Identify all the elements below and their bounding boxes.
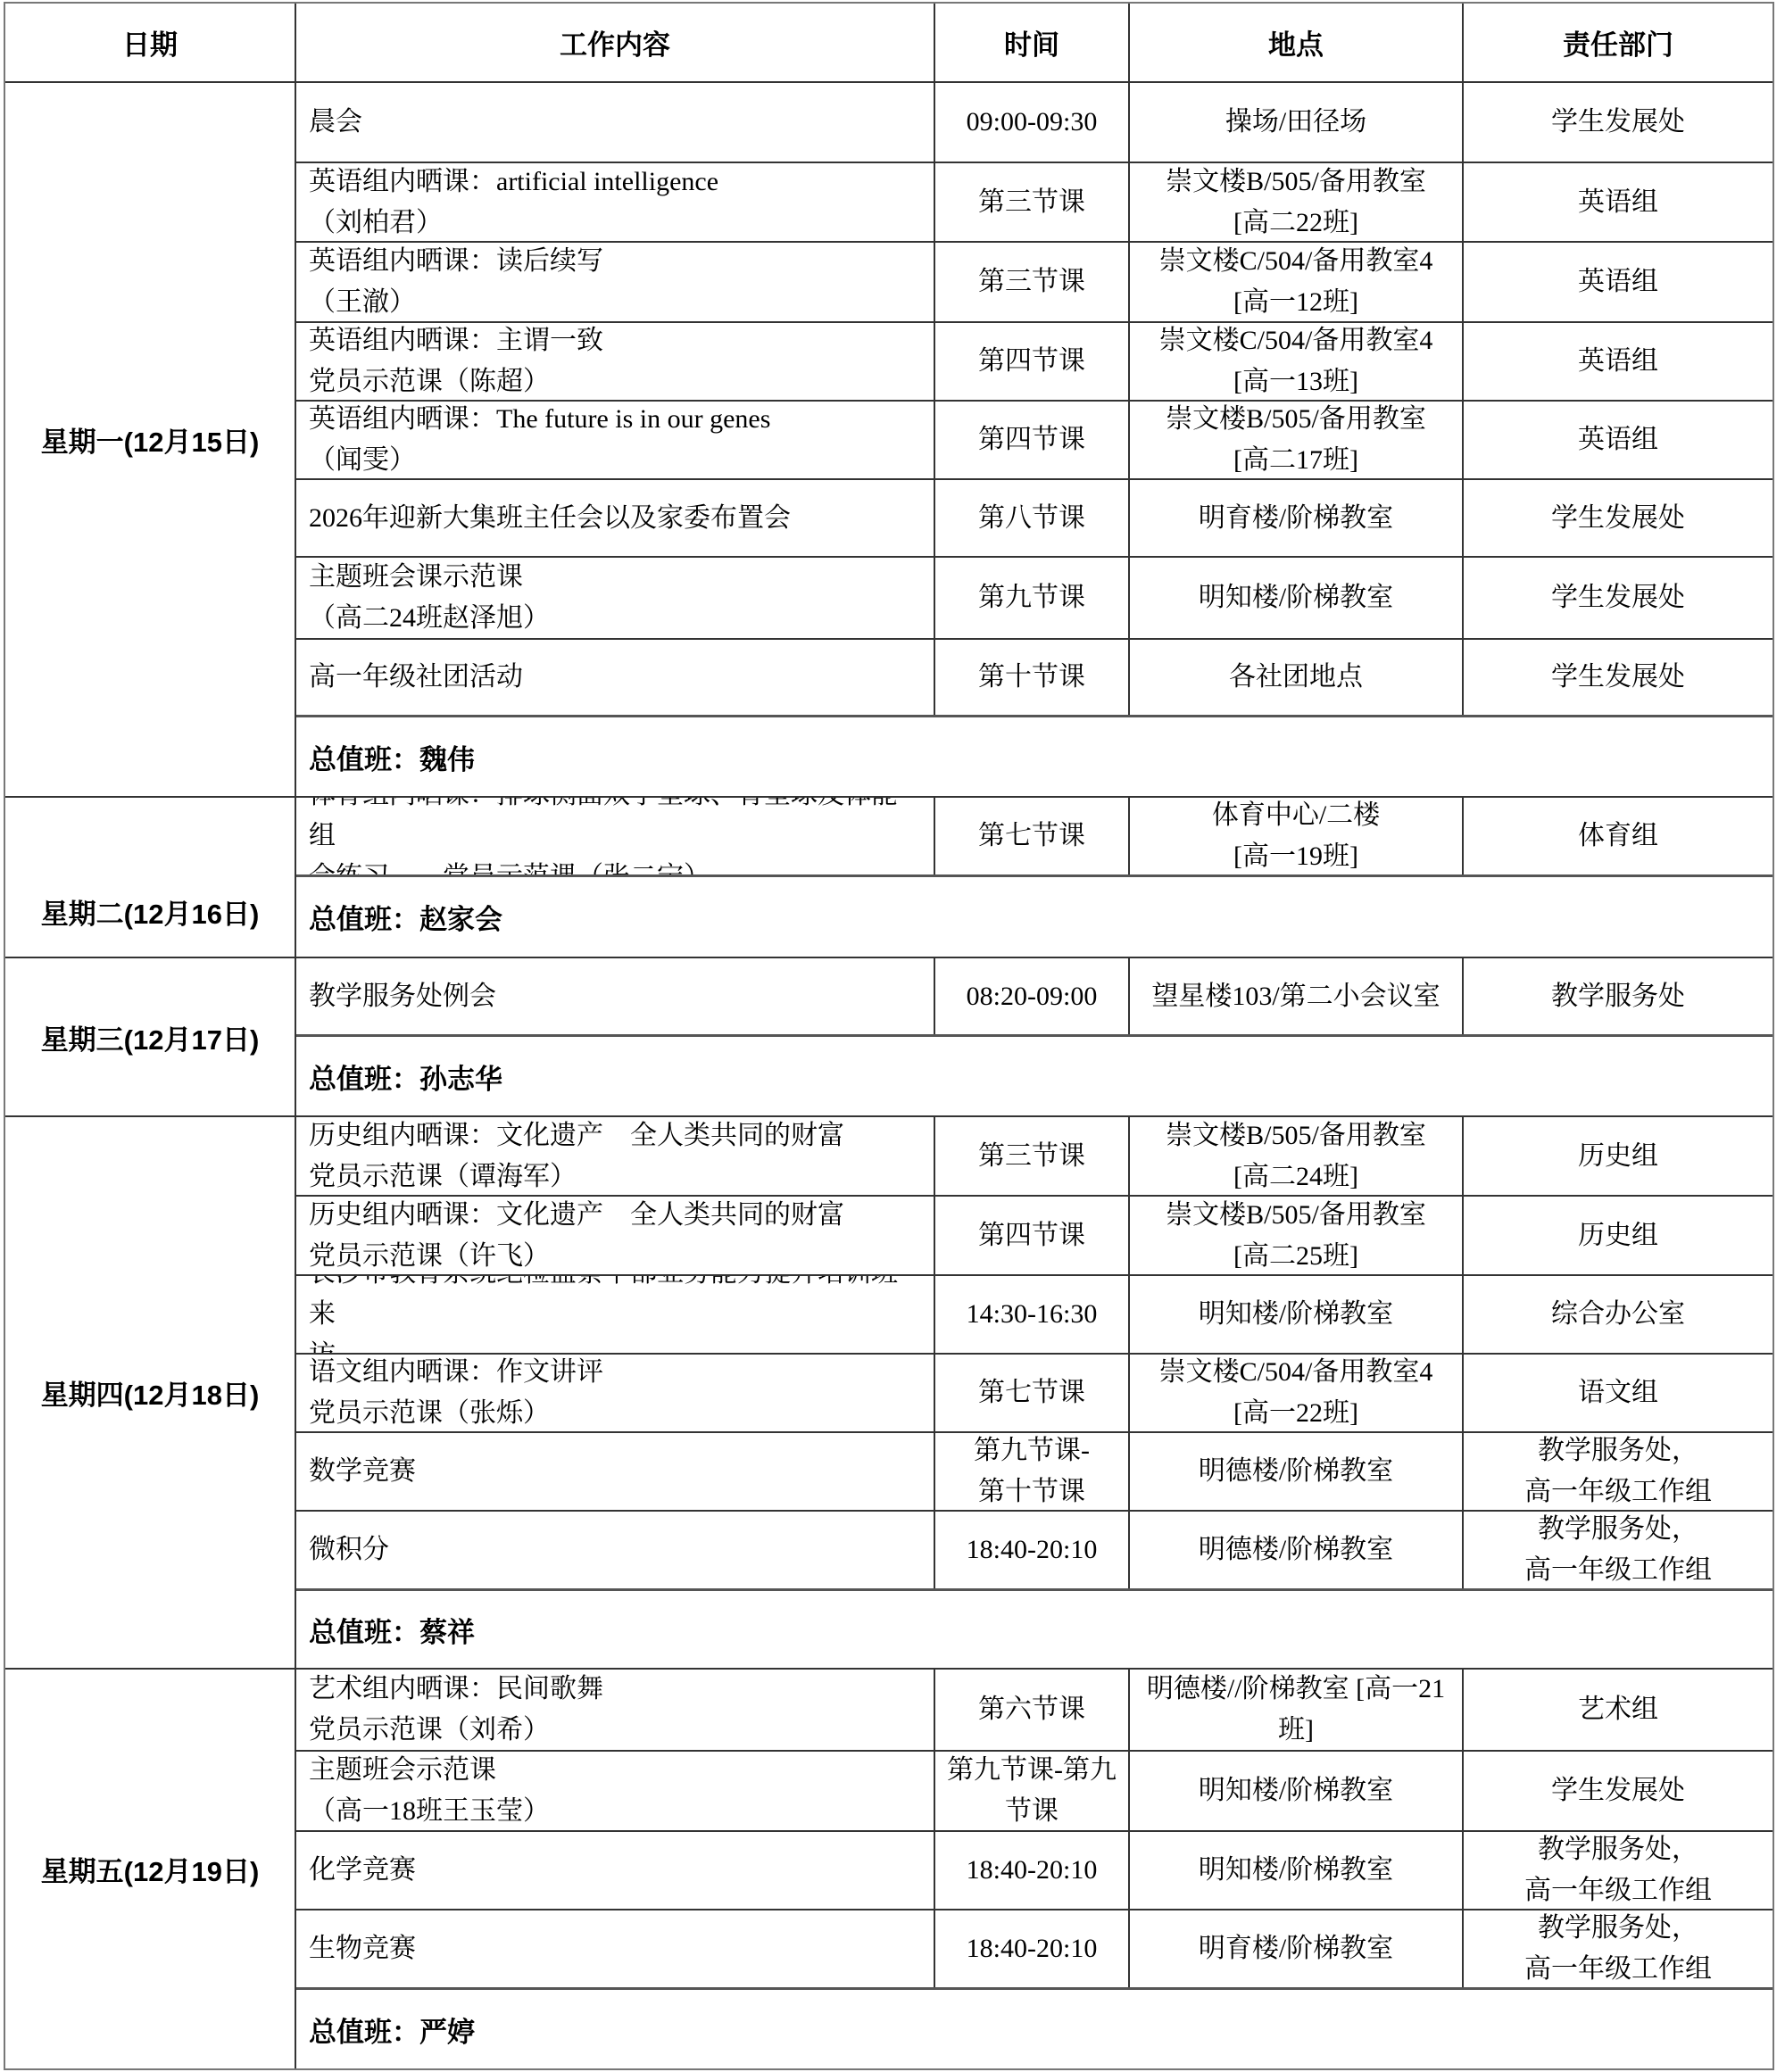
section-wednesday: 星期三(12月17日) 教学服务处例会 08:20-09:00 望星楼103/第… [5,958,1773,1117]
time-cell: 14:30-16:30 [935,1276,1130,1353]
date-cell: 星期四(12月18日) [5,1117,296,1668]
location-cell: 明德楼/阶梯教室 [1130,1512,1464,1588]
duty-cell: 总值班：孙志华 [296,1037,1773,1115]
time-cell: 第四节课 [935,323,1130,400]
department-cell: 英语组 [1464,163,1773,241]
schedule-row: 体育组内晒课：排球侧面双手垫球、背垫球及体能组 合练习 党员示范课（张二宁） 第… [296,798,1773,877]
schedule-row: 微积分 18:40-20:10 明德楼/阶梯教室 教学服务处， 高一年级工作组 [296,1512,1773,1591]
department-cell: 教学服务处， 高一年级工作组 [1464,1512,1773,1588]
department-cell: 历史组 [1464,1197,1773,1274]
location-cell: 明育楼/阶梯教室 [1130,480,1464,556]
date-cell: 星期一(12月15日) [5,83,296,796]
location-cell: 崇文楼B/505/备用教室 [高二25班] [1130,1197,1464,1274]
duty-cell: 总值班：蔡祥 [296,1591,1773,1668]
time-cell: 第三节课 [935,243,1130,321]
department-column-header: 责任部门 [1464,4,1773,81]
department-cell: 教学服务处， 高一年级工作组 [1464,1433,1773,1510]
time-column-header: 时间 [935,4,1130,81]
location-cell: 操场/田径场 [1130,83,1464,162]
department-cell: 教学服务处， 高一年级工作组 [1464,1910,1773,1987]
department-cell: 英语组 [1464,323,1773,400]
table-header-row: 日期 工作内容 时间 地点 责任部门 [5,4,1773,83]
schedule-row: 长沙市教育系统纪检监察干部业务能力提升培训班来 访 14:30-16:30 明知… [296,1276,1773,1355]
activity-cell: 语文组内晒课：作文讲评 党员示范课（张烁） [296,1355,935,1431]
location-cell: 明知楼/阶梯教室 [1130,1752,1464,1830]
time-cell: 第三节课 [935,1117,1130,1195]
activity-cell: 化学竞赛 [296,1832,935,1909]
schedule-row: 英语组内晒课：主谓一致 党员示范课（陈超） 第四节课 崇文楼C/504/备用教室… [296,323,1773,402]
location-cell: 崇文楼C/504/备用教室4 [高一22班] [1130,1355,1464,1431]
time-cell: 第十节课 [935,640,1130,715]
location-cell: 崇文楼B/505/备用教室 [高二17班] [1130,402,1464,478]
duty-cell: 总值班：魏伟 [296,717,1773,796]
activity-cell: 生物竞赛 [296,1910,935,1987]
location-cell: 明知楼/阶梯教室 [1130,1832,1464,1909]
location-cell: 明德楼//阶梯教室 [高一21 班] [1130,1670,1464,1750]
location-cell: 明知楼/阶梯教室 [1130,1276,1464,1353]
location-column-header: 地点 [1130,4,1464,81]
schedule-row: 历史组内晒课：文化遗产 全人类共同的财富 党员示范课（许飞） 第四节课 崇文楼B… [296,1197,1773,1276]
time-cell: 第七节课 [935,1355,1130,1431]
time-cell: 18:40-20:10 [935,1910,1130,1987]
department-cell: 艺术组 [1464,1670,1773,1750]
schedule-row: 生物竞赛 18:40-20:10 明育楼/阶梯教室 教学服务处， 高一年级工作组 [296,1910,1773,1990]
time-cell: 第九节课-第九 节课 [935,1752,1130,1830]
schedule-row: 高一年级社团活动 第十节课 各社团地点 学生发展处 [296,640,1773,717]
time-cell: 第三节课 [935,163,1130,241]
schedule-row: 英语组内晒课：artificial intelligence （刘柏君） 第三节… [296,163,1773,243]
activity-cell: 数学竞赛 [296,1433,935,1510]
duty-cell: 总值班：赵家会 [296,877,1773,957]
duty-cell: 总值班：严婷 [296,1990,1773,2068]
activity-cell: 2026年迎新大集班主任会以及家委布置会 [296,480,935,556]
time-cell: 第七节课 [935,798,1130,874]
activity-cell: 英语组内晒课：The future is in our genes （闻雯） [296,402,935,478]
schedule-row: 英语组内晒课：The future is in our genes （闻雯） 第… [296,402,1773,480]
activity-cell: 英语组内晒课：主谓一致 党员示范课（陈超） [296,323,935,400]
activity-cell: 艺术组内晒课：民间歌舞 党员示范课（刘希） [296,1670,935,1750]
location-cell: 明知楼/阶梯教室 [1130,558,1464,638]
department-cell: 体育组 [1464,798,1773,874]
time-cell: 18:40-20:10 [935,1832,1130,1909]
department-cell: 学生发展处 [1464,1752,1773,1830]
location-cell: 各社团地点 [1130,640,1464,715]
department-cell: 历史组 [1464,1117,1773,1195]
schedule-row: 晨会 09:00-09:30 操场/田径场 学生发展处 [296,83,1773,163]
weekly-schedule-table: 日期 工作内容 时间 地点 责任部门 星期一(12月15日) 晨会 09:00-… [4,2,1774,2070]
time-cell: 第四节课 [935,402,1130,478]
department-cell: 学生发展处 [1464,83,1773,162]
time-cell: 第六节课 [935,1670,1130,1750]
location-cell: 明德楼/阶梯教室 [1130,1433,1464,1510]
department-cell: 学生发展处 [1464,640,1773,715]
activity-cell: 历史组内晒课：文化遗产 全人类共同的财富 党员示范课（许飞） [296,1197,935,1274]
schedule-row: 2026年迎新大集班主任会以及家委布置会 第八节课 明育楼/阶梯教室 学生发展处 [296,480,1773,558]
activity-cell: 体育组内晒课：排球侧面双手垫球、背垫球及体能组 合练习 党员示范课（张二宁） [296,798,935,874]
activity-cell: 历史组内晒课：文化遗产 全人类共同的财富 党员示范课（谭海军） [296,1117,935,1195]
department-cell: 英语组 [1464,243,1773,321]
department-cell: 英语组 [1464,402,1773,478]
date-cell: 星期三(12月17日) [5,958,296,1115]
time-cell: 08:20-09:00 [935,958,1130,1034]
location-cell: 明育楼/阶梯教室 [1130,1910,1464,1987]
section-thursday: 星期四(12月18日) 历史组内晒课：文化遗产 全人类共同的财富 党员示范课（谭… [5,1117,1773,1670]
schedule-row: 艺术组内晒课：民间歌舞 党员示范课（刘希） 第六节课 明德楼//阶梯教室 [高一… [296,1670,1773,1752]
time-cell: 第九节课- 第十节课 [935,1433,1130,1510]
date-column-header: 日期 [5,4,296,81]
time-cell: 第四节课 [935,1197,1130,1274]
location-cell: 崇文楼B/505/备用教室 [高二22班] [1130,163,1464,241]
date-cell: 星期五(12月19日) [5,1670,296,2068]
schedule-row: 历史组内晒课：文化遗产 全人类共同的财富 党员示范课（谭海军） 第三节课 崇文楼… [296,1117,1773,1197]
activity-cell: 教学服务处例会 [296,958,935,1034]
activity-cell: 主题班会示范课 （高一18班王玉莹） [296,1752,935,1830]
department-cell: 教学服务处 [1464,958,1773,1034]
time-cell: 09:00-09:30 [935,83,1130,162]
section-tuesday: 星期二(12月16日) 体育组内晒课：排球侧面双手垫球、背垫球及体能组 合练习 … [5,798,1773,958]
department-cell: 教学服务处， 高一年级工作组 [1464,1832,1773,1909]
activity-cell: 高一年级社团活动 [296,640,935,715]
activity-cell: 长沙市教育系统纪检监察干部业务能力提升培训班来 访 [296,1276,935,1353]
section-friday: 星期五(12月19日) 艺术组内晒课：民间歌舞 党员示范课（刘希） 第六节课 明… [5,1670,1773,2068]
time-cell: 第八节课 [935,480,1130,556]
activity-cell: 英语组内晒课：读后续写 （王澈） [296,243,935,321]
schedule-row: 主题班会课示范课 （高二24班赵泽旭） 第九节课 明知楼/阶梯教室 学生发展处 [296,558,1773,640]
schedule-row: 化学竞赛 18:40-20:10 明知楼/阶梯教室 教学服务处， 高一年级工作组 [296,1832,1773,1910]
activity-cell: 英语组内晒课：artificial intelligence （刘柏君） [296,163,935,241]
content-column-header: 工作内容 [296,4,935,81]
schedule-row: 英语组内晒课：读后续写 （王澈） 第三节课 崇文楼C/504/备用教室4 [高一… [296,243,1773,323]
location-cell: 望星楼103/第二小会议室 [1130,958,1464,1034]
section-monday: 星期一(12月15日) 晨会 09:00-09:30 操场/田径场 学生发展处 … [5,83,1773,798]
location-cell: 崇文楼C/504/备用教室4 [高一13班] [1130,323,1464,400]
location-cell: 崇文楼C/504/备用教室4 [高一12班] [1130,243,1464,321]
location-cell: 体育中心/二楼 [高一19班] [1130,798,1464,874]
time-cell: 第九节课 [935,558,1130,638]
activity-cell: 主题班会课示范课 （高二24班赵泽旭） [296,558,935,638]
date-cell: 星期二(12月16日) [5,798,296,957]
activity-cell: 微积分 [296,1512,935,1588]
department-cell: 语文组 [1464,1355,1773,1431]
department-cell: 学生发展处 [1464,480,1773,556]
activity-cell: 晨会 [296,83,935,162]
schedule-row: 数学竞赛 第九节课- 第十节课 明德楼/阶梯教室 教学服务处， 高一年级工作组 [296,1433,1773,1512]
schedule-row: 主题班会示范课 （高一18班王玉莹） 第九节课-第九 节课 明知楼/阶梯教室 学… [296,1752,1773,1832]
department-cell: 综合办公室 [1464,1276,1773,1353]
schedule-row: 教学服务处例会 08:20-09:00 望星楼103/第二小会议室 教学服务处 [296,958,1773,1037]
location-cell: 崇文楼B/505/备用教室 [高二24班] [1130,1117,1464,1195]
department-cell: 学生发展处 [1464,558,1773,638]
schedule-row: 语文组内晒课：作文讲评 党员示范课（张烁） 第七节课 崇文楼C/504/备用教室… [296,1355,1773,1433]
time-cell: 18:40-20:10 [935,1512,1130,1588]
